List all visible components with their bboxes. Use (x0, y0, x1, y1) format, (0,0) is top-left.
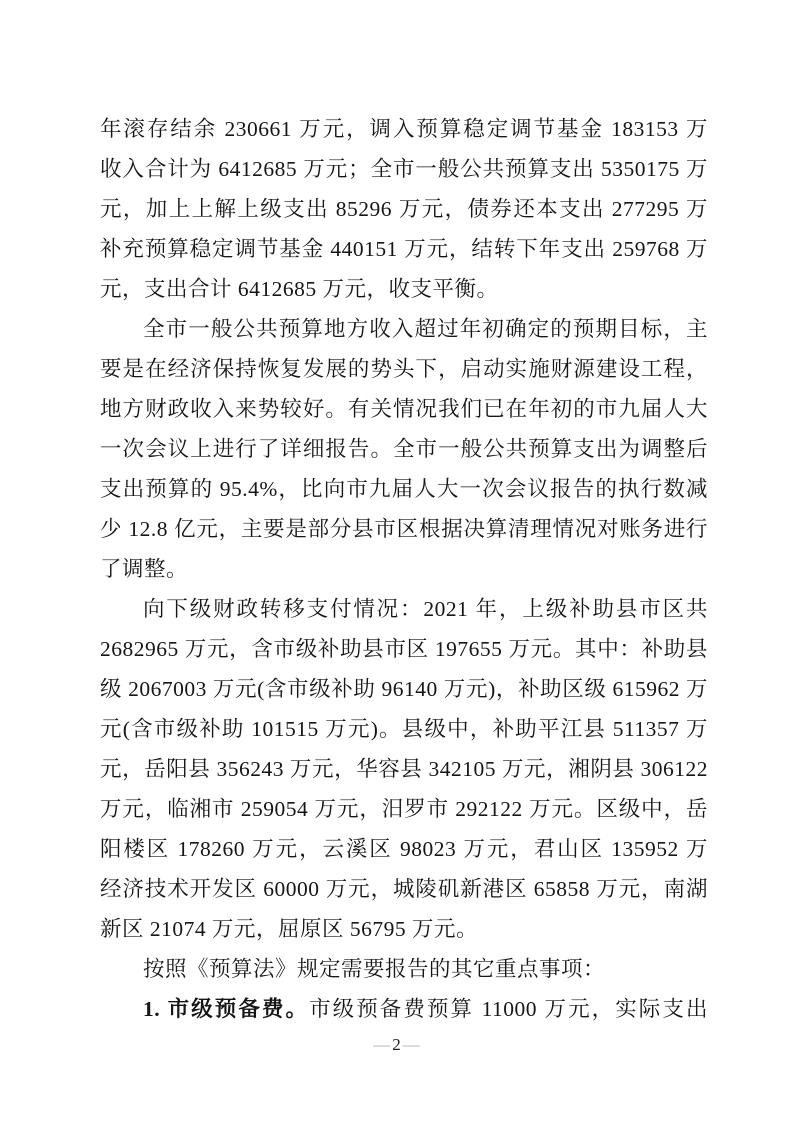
text-line: 按照《预算法》规定需要报告的其它重点事项： (100, 949, 708, 989)
text-line: 向下级财政转移支付情况：2021 年，上级补助县市区共 (100, 589, 708, 629)
text-line: 元，岳阳县 356243 万元，华容县 342105 万元，湘阴县 306122 (100, 749, 708, 789)
text-line: 元，加上上解上级支出 85296 万元，债券还本支出 277295 万元， (100, 189, 708, 229)
text-line: 支出预算的 95.4%，比向市九届人大一次会议报告的执行数减 (100, 469, 708, 509)
text-line: 收入合计为 6412685 万元；全市一般公共预算支出 5350175 万 (100, 149, 708, 189)
page-number: —2— (0, 1034, 793, 1056)
text-line: 少 12.8 亿元，主要是部分县市区根据决算清理情况对账务进行 (100, 509, 708, 549)
document-page: 年滚存结余 230661 万元，调入预算稳定调节基金 183153 万元， 收入… (0, 0, 793, 1122)
text-line: 年滚存结余 230661 万元，调入预算稳定调节基金 183153 万元， (100, 109, 708, 149)
text-line: 万元，临湘市 259054 万元，汨罗市 292122 万元。区级中，岳 (100, 789, 708, 829)
text-line: 补充预算稳定调节基金 440151 万元，结转下年支出 259768 万 (100, 229, 708, 269)
text-line: 阳楼区 178260 万元，云溪区 98023 万元，君山区 135952 万元… (100, 829, 708, 869)
page-number-value: 2 (392, 1035, 401, 1054)
text-line: 2682965 万元，含市级补助县市区 197655 万元。其中：补助县 (100, 629, 708, 669)
text-line: 元，支出合计 6412685 万元，收支平衡。 (100, 269, 708, 309)
text-line-bold-item: 1. 市级预备费。市级预备费预算 11000 万元，实际支出 6162 (100, 989, 708, 1029)
text-line: 全市一般公共预算地方收入超过年初确定的预期目标，主 (100, 309, 708, 349)
text-line: 地方财政收入来势较好。有关情况我们已在年初的市九届人大 (100, 389, 708, 429)
text-line: 了调整。 (100, 549, 708, 589)
text-line: 新区 21074 万元，屈原区 56795 万元。 (100, 909, 708, 949)
bold-item-heading: 1. 市级预备费。 (143, 997, 309, 1021)
page-number-dash-left: — (373, 1035, 390, 1054)
page-number-dash-right: — (403, 1035, 420, 1054)
text-line: 元(含市级补助 101515 万元)。县级中，补助平江县 511357 万 (100, 709, 708, 749)
document-body: 年滚存结余 230661 万元，调入预算稳定调节基金 183153 万元， 收入… (100, 109, 708, 1029)
text-line: 一次会议上进行了详细报告。全市一般公共预算支出为调整后 (100, 429, 708, 469)
text-line: 要是在经济保持恢复发展的势头下，启动实施财源建设工程， (100, 349, 708, 389)
text-line: 经济技术开发区 60000 万元，城陵矶新港区 65858 万元，南湖 (100, 869, 708, 909)
text-line: 级 2067003 万元(含市级补助 96140 万元)，补助区级 615962… (100, 669, 708, 709)
